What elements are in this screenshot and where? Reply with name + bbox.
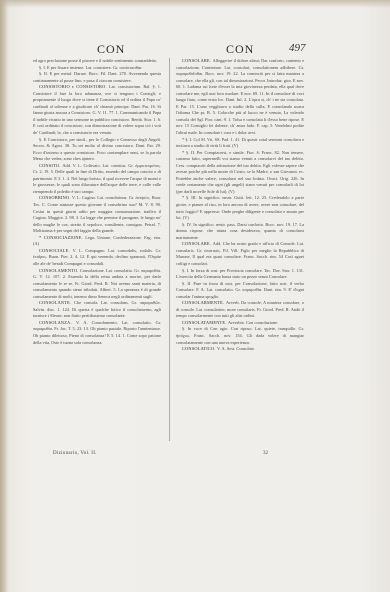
headword: * CONSOCIAZIONE. [39,235,85,240]
dictionary-entry: CONSOLAMENTO. Consolazione. Lat. consola… [33,268,161,301]
headword: CONSITO. [39,163,62,168]
entry-text: * §. II. Per Compiacersi, e simile. Fior… [176,150,304,194]
entry-text: §. I. In forza di sost. per Provincia co… [176,268,304,280]
entry-text: V. L. Cugino. Lat. consobrinus. Gr. ἀνεψ… [33,195,161,233]
running-header-left: CON [97,42,125,58]
page-top-edge [0,0,390,8]
entry-subsense: * §. II. Per Compiacersi, e simile. Fior… [176,150,304,196]
dictionary-page: CON CON 497 ed agro preclusione posse il… [0,0,390,592]
entry-text: Alleggerire il dolore altrui; Dar confor… [176,58,304,135]
entry-subsense: §. II. E per metaf. Durare. Bocc. Fil. D… [33,71,161,84]
entry-text: §. I. E per fissare insieme. Lat. consis… [39,65,142,70]
entry-subsense: §. I. In forza di sost. per Provincia co… [176,268,304,281]
headword: CONSOLARMENTE. [182,300,226,305]
dictionary-entry: CONSITO. Add. V. L. Coltivato. Lat. cons… [33,163,161,196]
spine-shadow [0,0,8,592]
entry-subsense: §. IV. In significo. neutr. pass. Darsi … [176,222,304,242]
entry-text: §. II. Pure in forza di sost. per Consol… [176,281,304,299]
headword: CONSOLARE. [182,241,213,246]
dictionary-entry: CONSISTORIO e CONSISTORO. Lat. consistor… [33,84,161,136]
dictionary-entry: CONSOBRINO. V. L. Cugino. Lat. consobrin… [33,195,161,234]
right-text-column: CONSOLARE. Alleggerire il dolore altrui;… [176,58,304,353]
dictionary-entry: * CONSOCIAZIONE. Lega, Unione, Confedera… [33,235,161,248]
entry-subsense: §. II. Pure in forza di sost. per Consol… [176,281,304,301]
dictionary-entry: CONSOLANTE. Che consola. Lat. consolans.… [33,300,161,320]
entry-text: ed agro preclusione posse il piacere e i… [33,58,157,63]
headword: CONSOLANZA. [39,320,76,325]
dictionary-entry: CONSOLARE. Alleggerire il dolore altrui;… [176,58,304,137]
dictionary-entry: CONSOLARE. Add. Che ha avuto grado e uff… [176,241,304,267]
entry-text: * §. I. Col SI. Vit. SS. Pad. 1. 41. Di … [176,137,304,149]
volume-signature: Dizionario, Vol. II. [53,451,97,456]
entry-text: §. IV. In significo. neutr. pass. Darsi … [176,222,304,240]
headword: CONSOLATAMENTE. [182,320,228,325]
entry-subsense: §. E Concistoro, per simil., per lo Coll… [33,137,161,163]
dictionary-entry: CONSOLANZA. V. A. Consolamento. Lat. con… [33,320,161,346]
headword: CONSOCIALE. [39,248,73,253]
column-divider [169,58,170,441]
headword: CONSOLATICO. [182,346,217,351]
entry-text: §. In voce di Con agio. Con riposo. Lat.… [176,326,304,344]
entry-subsense: * §. I. Col SI. Vit. SS. Pad. 1. 41. Di … [176,137,304,150]
headword: CONSOBRINO. [39,195,72,200]
entry-subsense: §. In voce di Con agio. Con riposo. Lat.… [176,326,304,346]
headword: CONSISTORIO e CONSISTORO. [39,84,109,89]
left-text-column: ed agro preclusione posse il piacere e i… [33,58,161,346]
page-number: 497 [289,42,306,54]
entry-subsense: * §. III. In significo. neutr. Guitt. le… [176,195,304,221]
headword: CONSOLAMENTO. [39,268,80,273]
dictionary-entry: CONSOLARMENTE. Avverb. Da console, A man… [176,300,304,320]
gathering-signature: 32 [263,451,268,456]
entry-text: V. A. Sost. Consolato [217,346,254,351]
entry-text: Avverbio. Con consolazione. [228,320,278,325]
entry-text: §. II. E per metaf. Durare. Bocc. Fil. D… [33,71,161,83]
entry-text: §. E Concistoro, per simil., per lo Coll… [33,137,161,162]
dictionary-entry: CONSOLATICO. V. A. Sost. Consolato [176,346,304,353]
headword: CONSOLARE. [182,58,213,63]
dictionary-entry: CONSOCIALE. V. L. Compagno. Lat. consoda… [33,248,161,268]
entry-text: * §. III. In significo. neutr. Guitt. le… [176,195,304,220]
entry-text: Lat. consistorium. Bal. §. 1. Consistore… [33,84,161,135]
headword: CONSOLANTE. [39,300,74,305]
running-header-right: CON [226,42,254,58]
